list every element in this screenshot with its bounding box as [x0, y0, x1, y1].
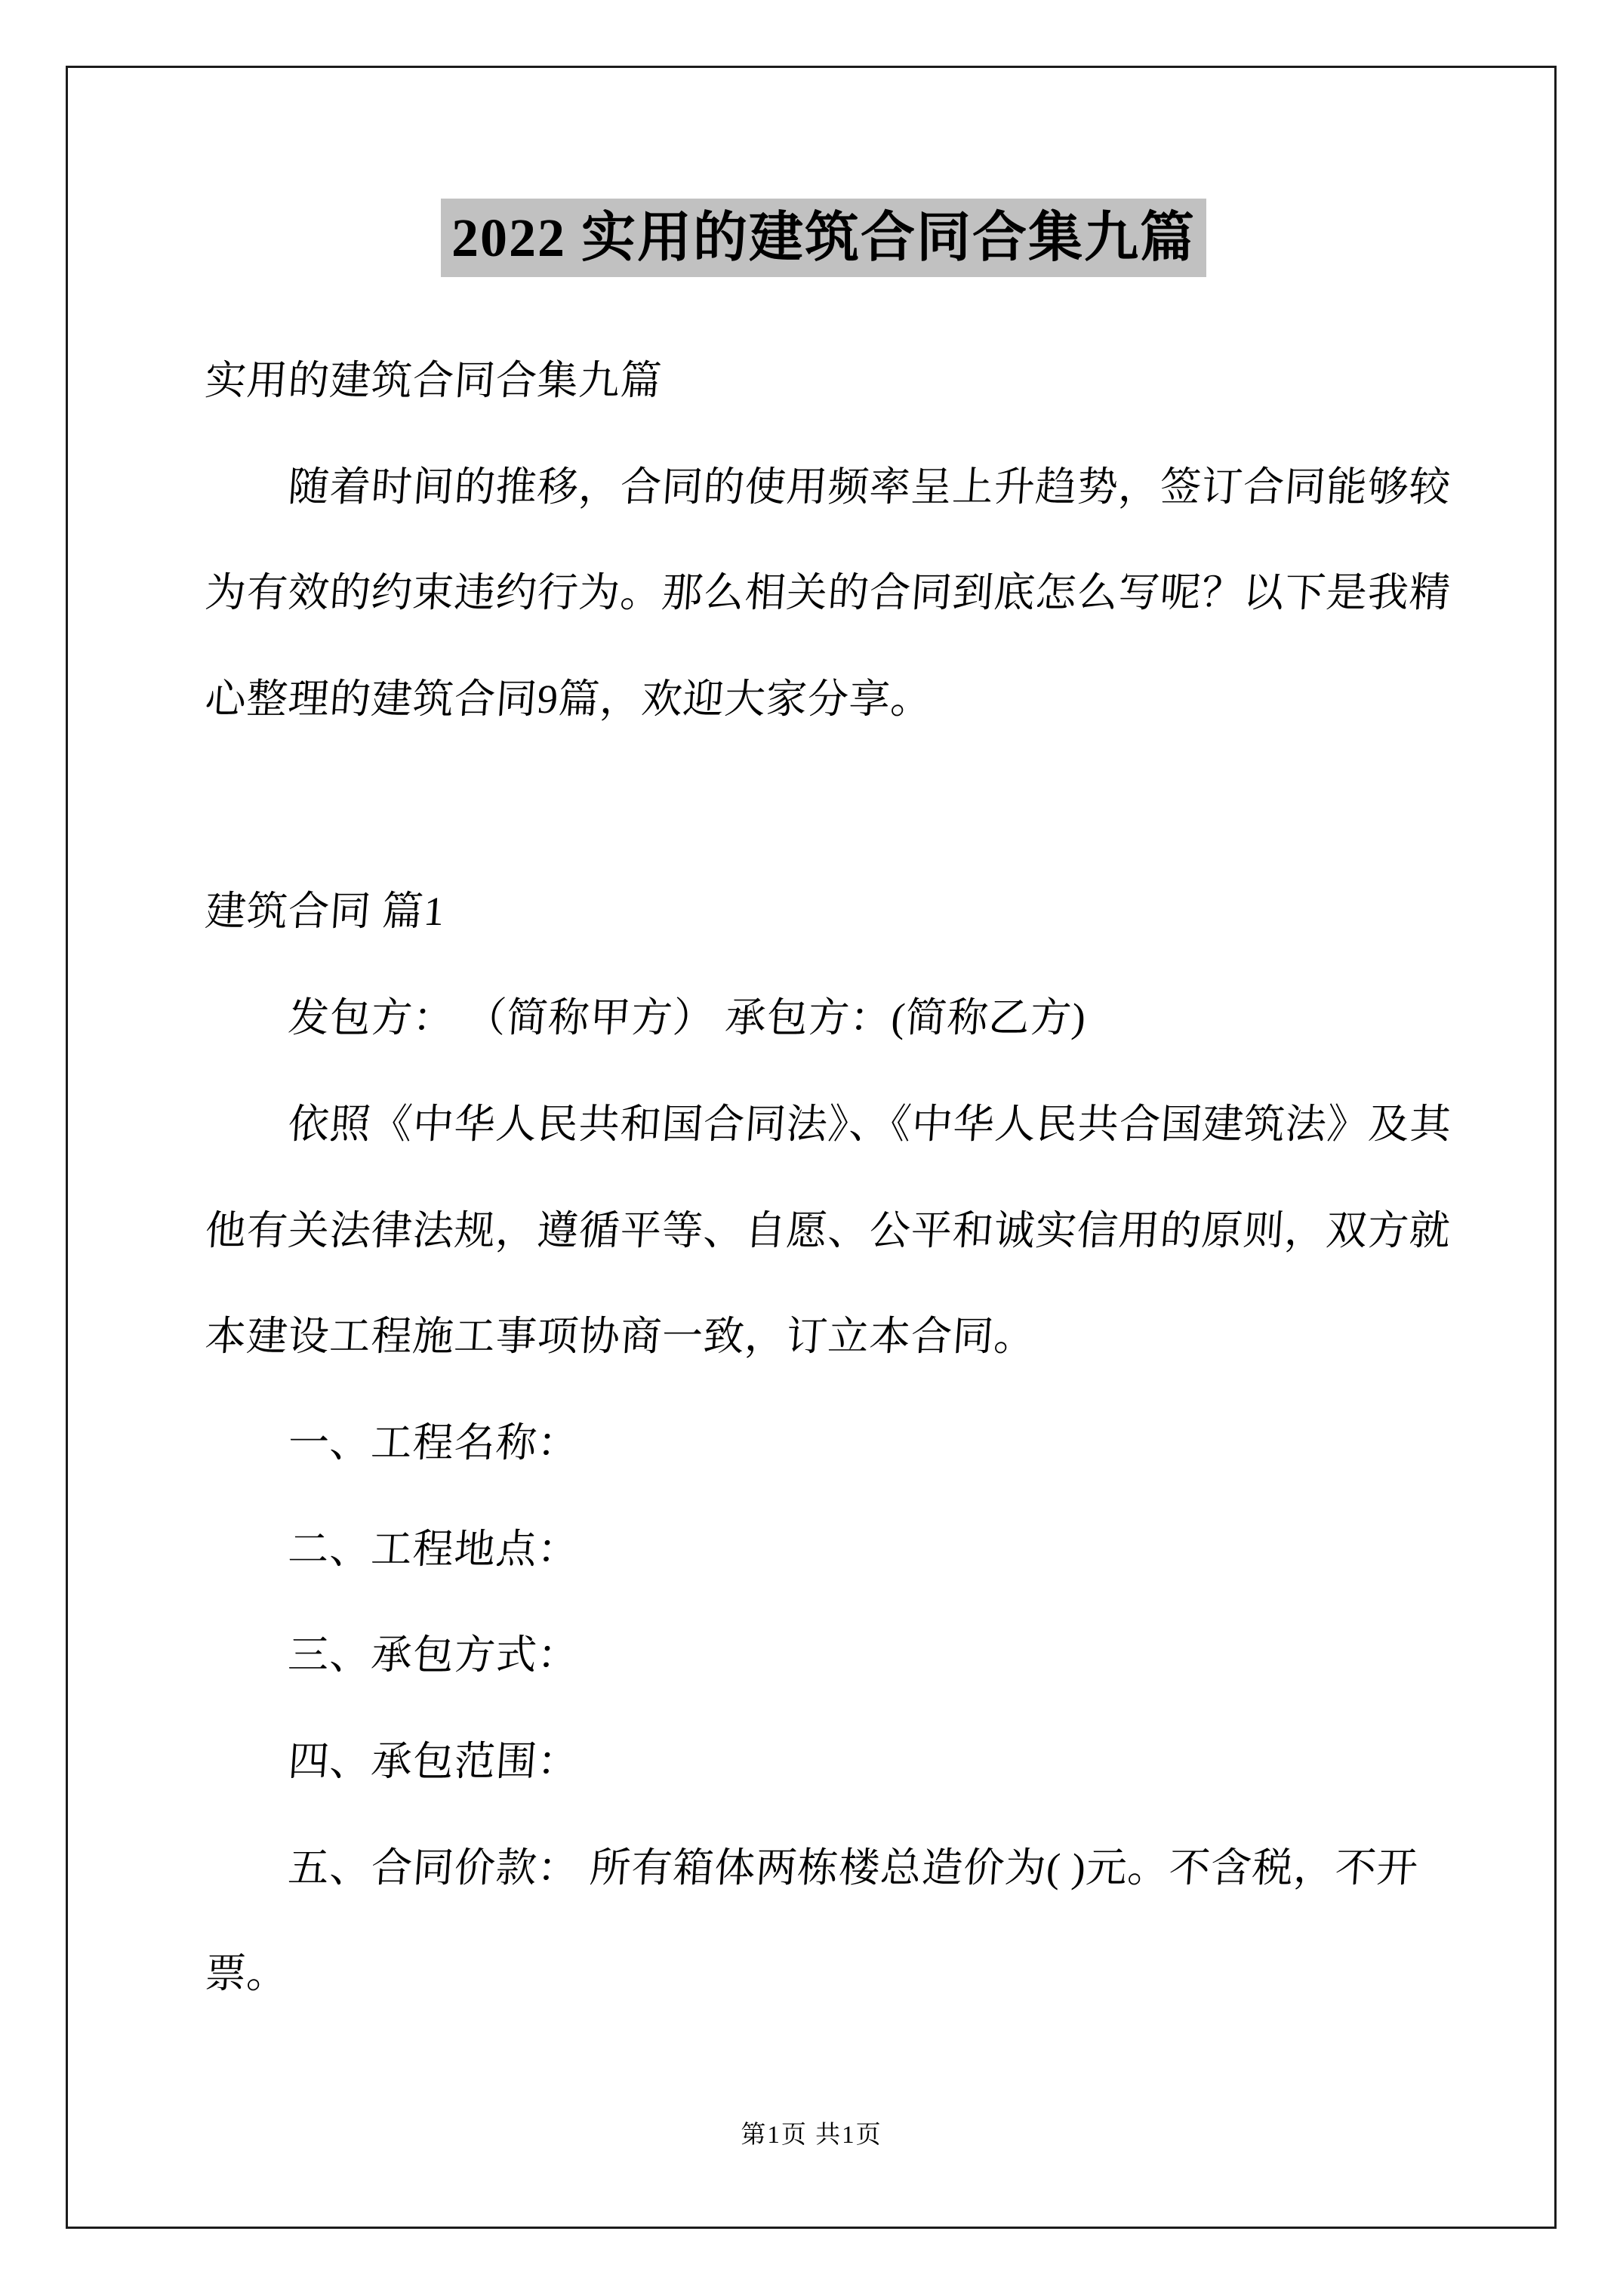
text-line: 实用的建筑合同合集九篇 [202, 328, 1447, 434]
section-heading: 建筑合同 篇1 [202, 858, 1447, 965]
page-number-footer: 第1页 共1页 [0, 2119, 1623, 2152]
text-line: 票。 [202, 1921, 1447, 2027]
text-line: 本建设工程施工事项协商一致，订立本合同。 [202, 1284, 1447, 1390]
text-line: 发包方： （简称甲方） 承包方：(简称乙方) [202, 965, 1447, 1071]
document-title-row: 2022 实用的建筑合同合集九篇 [202, 199, 1446, 277]
text-line: 他有关法律法规，遵循平等、自愿、公平和诚实信用的原则，双方就 [202, 1178, 1447, 1284]
clause-line: 二、工程地点： [202, 1496, 1447, 1603]
text-line: 依照《中华人民共和国合同法》、《中华人民共合国建筑法》及其 [202, 1071, 1447, 1178]
clause-line: 五、合同价款： 所有箱体两栋楼总造价为( )元。不含税，不开 [202, 1815, 1447, 1922]
document-body: 实用的建筑合同合集九篇 随着时间的推移，合同的使用频率呈上升趋势，签订合同能够较… [202, 328, 1447, 2027]
text-line: 心整理的建筑合同9篇，欢迎大家分享。 [202, 646, 1447, 753]
text-line: 为有效的约束违约行为。那么相关的合同到底怎么写呢？以下是我精 [202, 540, 1447, 646]
text-line: 随着时间的推移，合同的使用频率呈上升趋势，签订合同能够较 [202, 434, 1447, 541]
document-title: 2022 实用的建筑合同合集九篇 [441, 199, 1206, 277]
clause-line: 三、承包方式： [202, 1602, 1447, 1709]
blank-line [202, 753, 1447, 859]
clause-line: 一、工程名称： [202, 1390, 1447, 1496]
clause-line: 四、承包范围： [202, 1709, 1447, 1815]
